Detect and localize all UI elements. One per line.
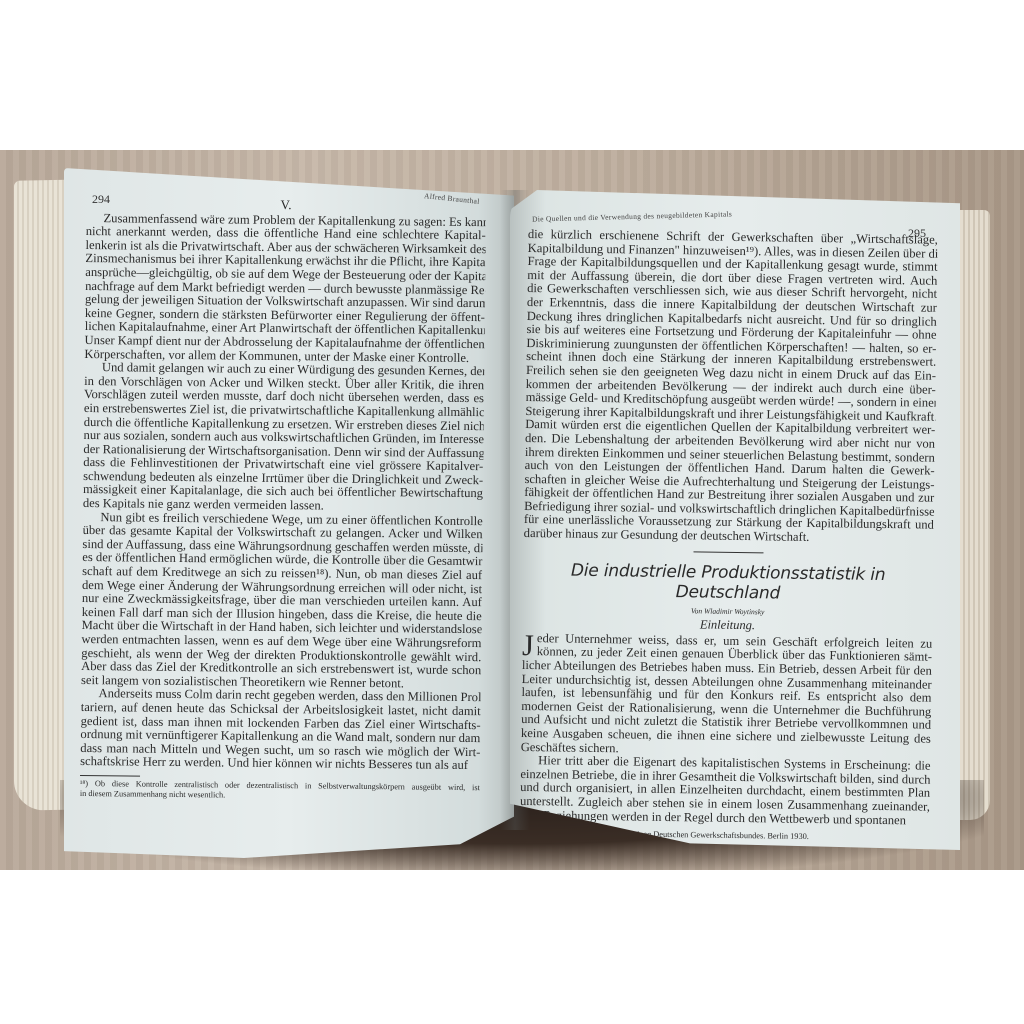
section-divider xyxy=(693,551,763,553)
left-page-body: Zusammenfassend wäre zum Problem der Kap… xyxy=(80,212,486,774)
running-head: Die Quellen und die Verwendung des neuge… xyxy=(532,209,732,223)
left-page: 294 Alfred Braunthal V. Zusammenfassend … xyxy=(64,168,514,858)
footnote-rule xyxy=(80,775,140,777)
article-body: Jeder Unternehmer weiss, dass er, um sei… xyxy=(520,632,933,828)
footnote: ¹⁸) Ob diese Kontrolle zentralistisch od… xyxy=(80,779,480,803)
paragraph: eder Unternehmer weiss, dass er, um sein… xyxy=(521,632,933,760)
paragraph: Nun gibt es freilich verschiedene Wege, … xyxy=(81,511,483,692)
right-page: Die Quellen und die Verwendung des neuge… xyxy=(510,190,960,850)
book-photo: 294 Alfred Braunthal V. Zusammenfassend … xyxy=(0,150,1024,870)
section-number: V. xyxy=(86,196,486,214)
paragraph: Anderseits muss Colm darin recht gegeben… xyxy=(80,687,481,773)
right-page-text: die kürzlich erschienene Schrift der Gew… xyxy=(519,228,937,844)
left-page-text: V. Zusammenfassend wäre zum Problem der … xyxy=(80,206,486,803)
paragraph: Zusammenfassend wäre zum Problem der Kap… xyxy=(84,212,486,366)
text-line: schaftskrise Herr zu werden. Und hier kö… xyxy=(80,755,480,773)
paragraph: Hier tritt aber die Eigenart des kapital… xyxy=(520,754,931,828)
paragraph: Und damit gelangen wir auch zu einer Wür… xyxy=(83,361,485,515)
continuation-paragraph: die kürzlich erschienene Schrift der Gew… xyxy=(524,228,938,546)
article-title: Die industrielle Produktionsstatistik in… xyxy=(523,560,934,606)
drop-cap: J xyxy=(522,633,534,659)
